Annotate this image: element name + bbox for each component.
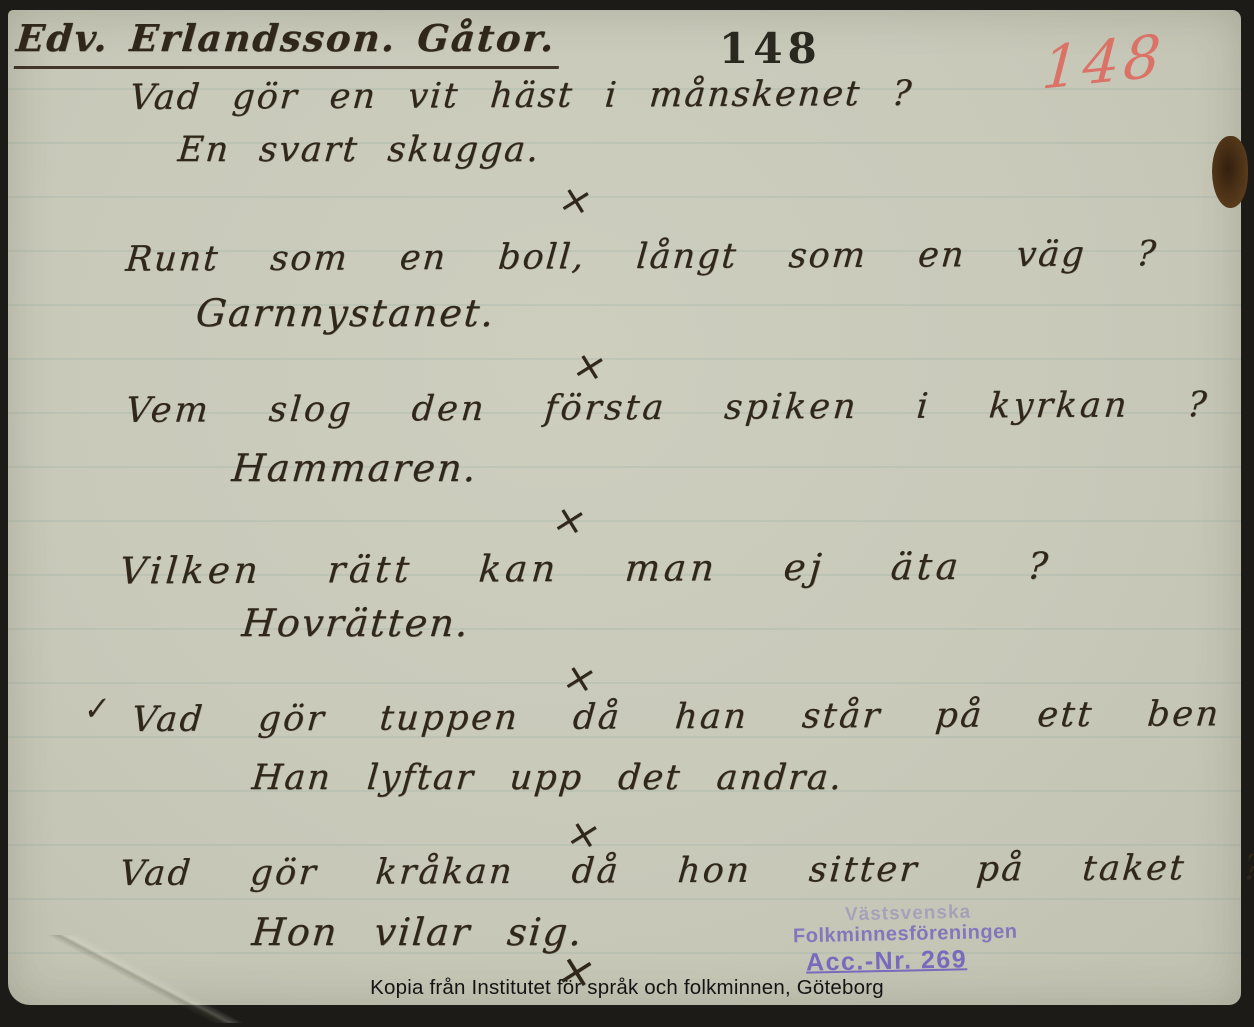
riddle-question: Vad gör kråkan då hon sitter på taket ?: [118, 848, 1254, 894]
archive-stamp-org-line2: Folkminnesföreningen: [793, 921, 1018, 949]
riddle-question: Vilken rätt kan man ej äta ?: [118, 545, 1053, 593]
archive-stamp-acc-nr: Acc.-Nr. 269: [806, 945, 968, 977]
riddle-answer: Hon vilar sig.: [250, 910, 585, 954]
riddle-question: Runt som en boll, långt som en väg ?: [124, 234, 1159, 279]
page-number-stamp: 148: [719, 24, 822, 73]
ink-blot: [1212, 136, 1248, 208]
footer-caption: Kopia från Institutet för språk och folk…: [0, 976, 1254, 1000]
riddle-answer: En svart skugga.: [176, 130, 542, 170]
riddle-answer: Han lyftar upp det andra.: [250, 758, 845, 798]
page-title: Edv. Erlandsson. Gåtor.: [14, 16, 564, 69]
riddle-question: Vem slog den första spiken i kyrkan ?: [124, 385, 1211, 431]
page-number-red-handwritten: 148: [1040, 21, 1167, 103]
riddle-answer: Hammaren.: [230, 446, 480, 490]
riddle-answer: Hovrätten.: [240, 601, 472, 645]
riddle-question: Vad gör en vit häst i månskenet ?: [128, 74, 915, 118]
margin-checkmark: ✓: [80, 690, 110, 728]
scanned-document-page: { "document": { "header_title": "Edv. Er…: [0, 0, 1254, 1027]
riddle-question: Vad gör tuppen då han står på ett ben ?: [130, 694, 1254, 740]
riddle-answer: Garnnystanet.: [194, 291, 497, 335]
